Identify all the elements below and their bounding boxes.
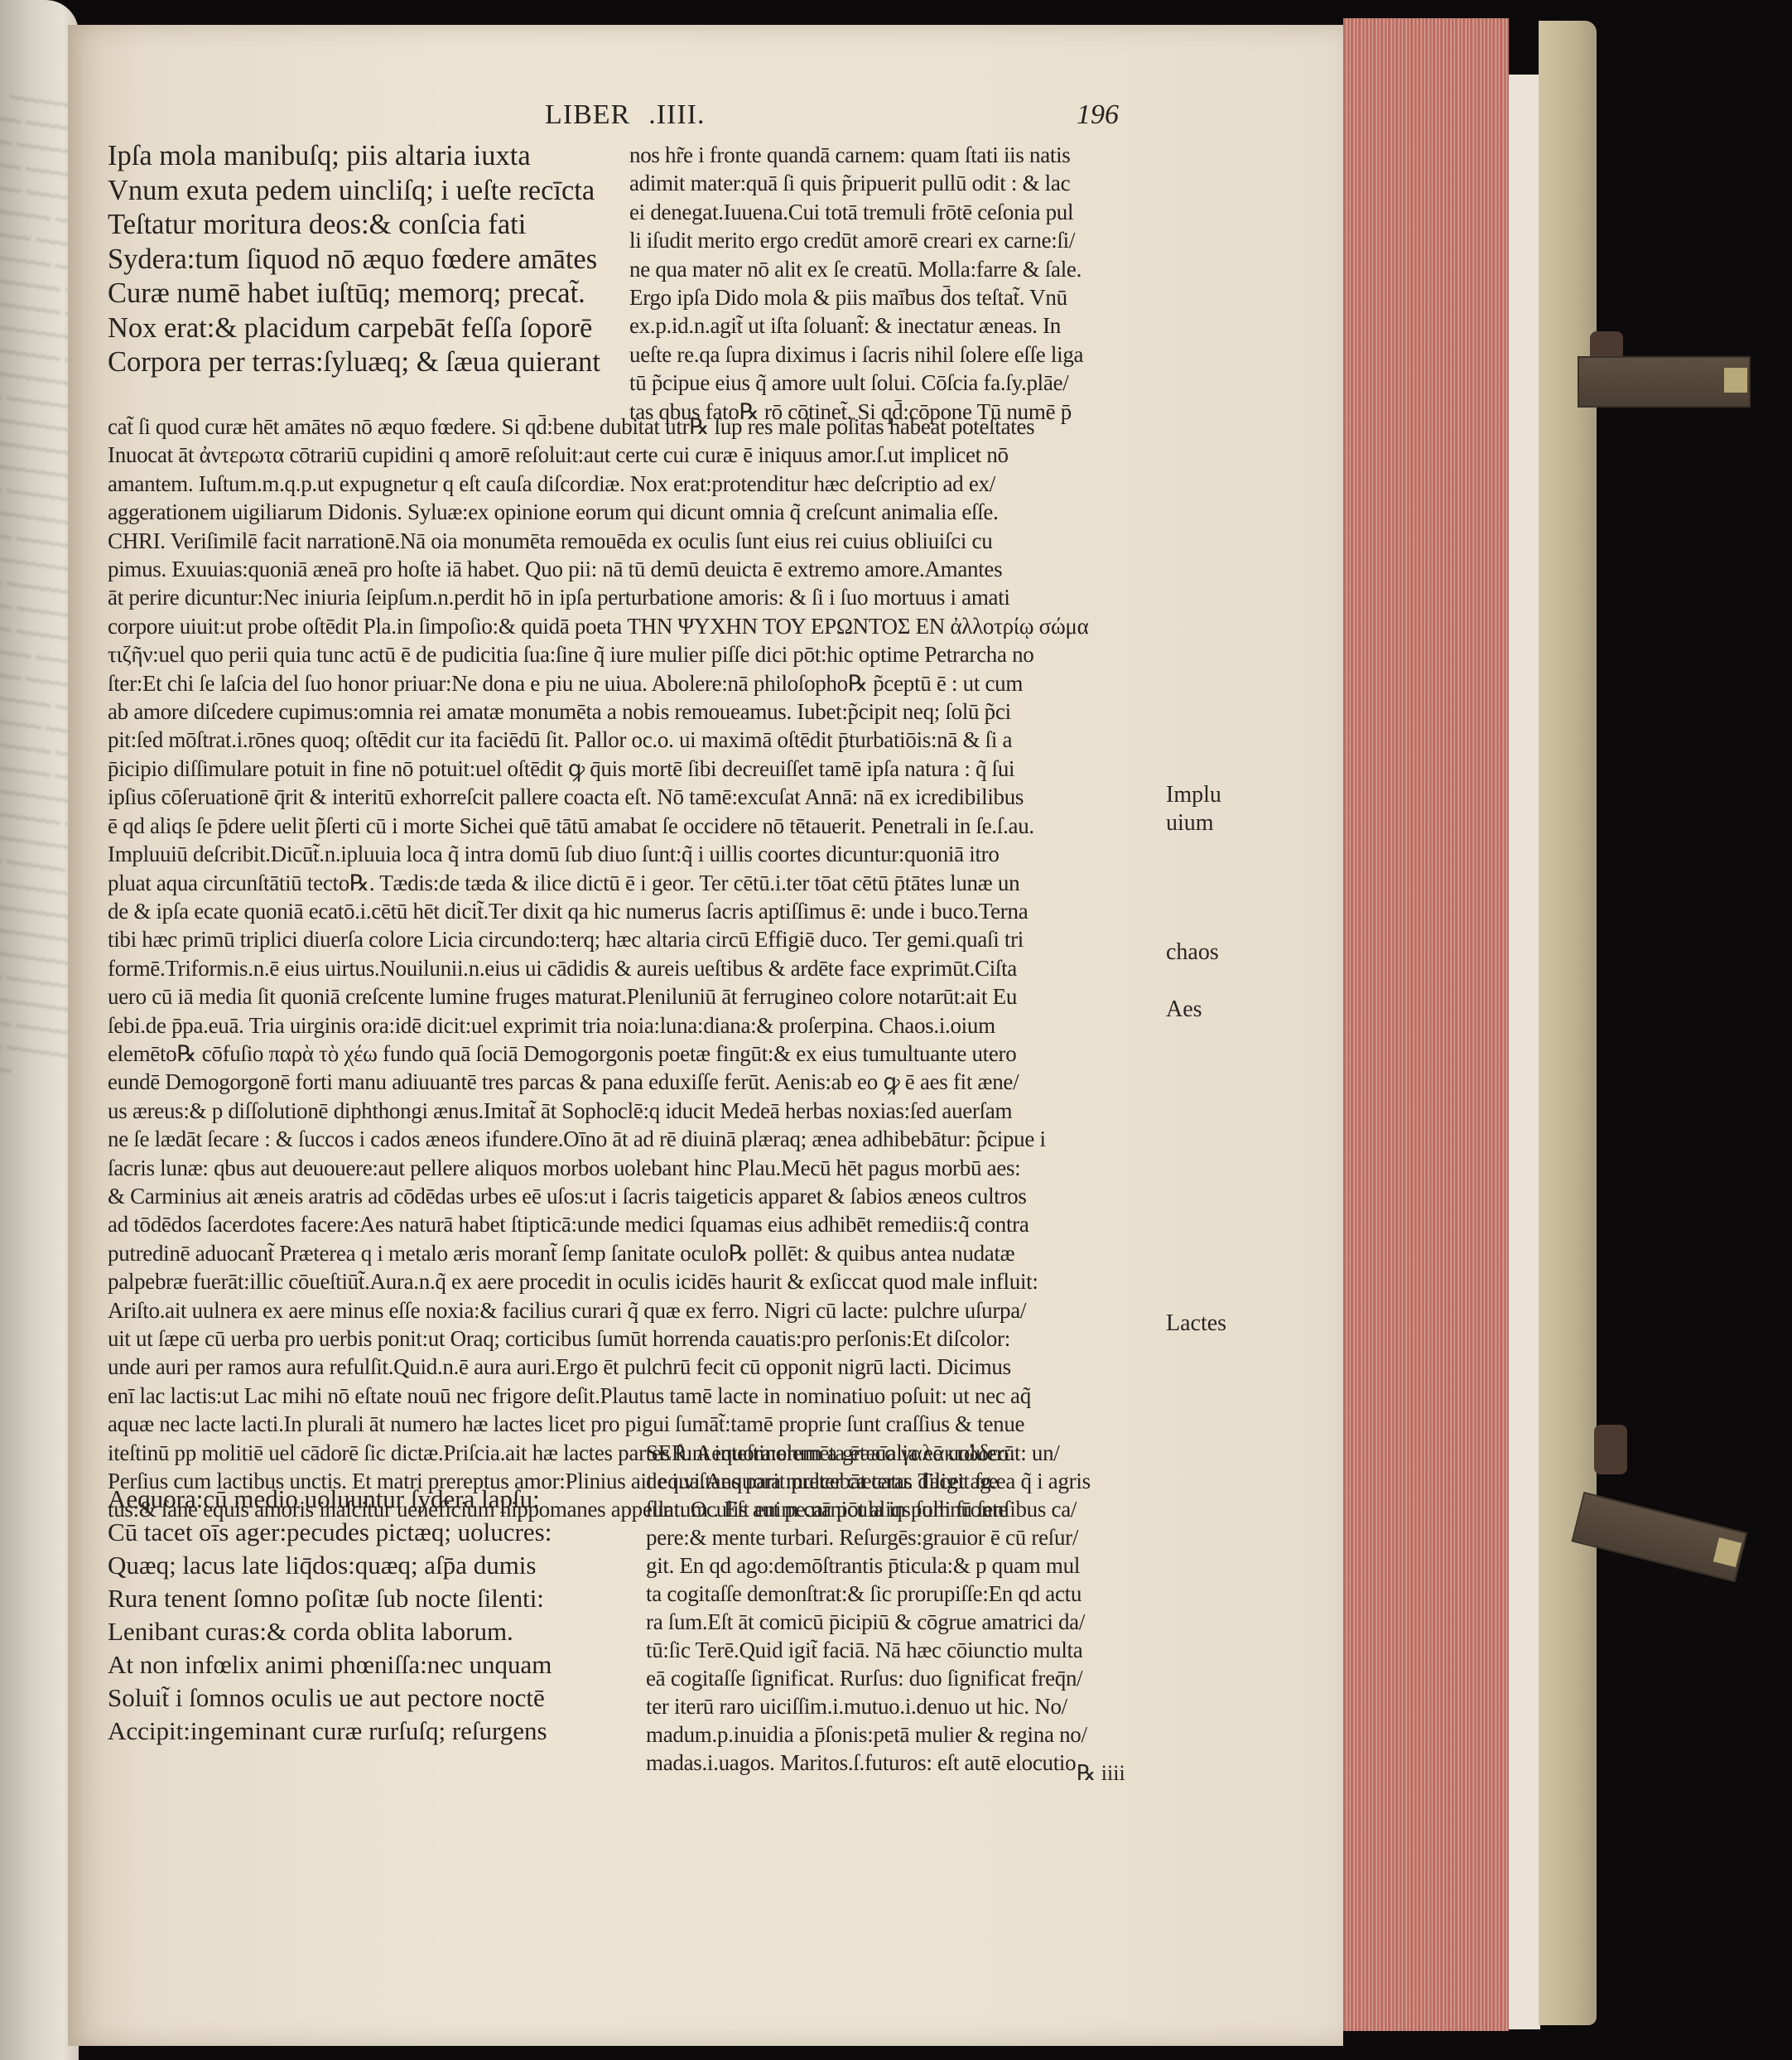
verse-line: Rura tenent ſomno poſitæ ſub nocte ſilen… [108,1582,552,1615]
marginal-note-impluvium-2: uium [1166,810,1214,837]
commentary-line: de i.vi.Aequora mulcebāt catu. Tacet ag.… [646,1467,1192,1495]
commentary-line: pluat aqua circunſtātiū tecto℞. Tædis:de… [108,869,1188,897]
verse-line: Cū tacet oīs ager:pecudes pictæq; uolucr… [108,1516,552,1549]
running-title: LIBER [545,99,630,130]
verse-line: Nox erat:& placidum carpebāt feſſa ſopor… [108,311,600,346]
commentary-line: adimit mater:quā ſi quis p̃ripuerit pull… [629,169,1209,197]
commentary-line: li iſudit merito ergo credūt amorē crear… [629,226,1209,254]
verse-line: Vnum exuta pedem uincliſq; i ueſte recīc… [108,174,600,209]
commentary-line: ſter:Et chi ſe laſcia del ſuo honor priu… [108,669,1188,697]
verse-line: Curæ numē habet iuſtūq; memorq; precat̃. [108,277,600,311]
commentary-line: Inuocat āt ἀντερωτα cōtrariū cupidini q … [108,441,1188,469]
verse-line: Quæq; lacus late liq̄dos:quæq; aſp̄a dum… [108,1549,552,1582]
verse-line: Lenibant curas:& corda oblita laborum. [108,1615,552,1648]
commentary-line: ē qd aliqs ſe p̄dere uelit p̃ſerti cū i … [108,812,1188,840]
commentary-line: Ariſto.ait uulnera ex aere minus eſſe no… [108,1296,1188,1324]
marginal-note-chaos: chaos [1166,939,1219,966]
commentary-line: p̄icipio diſſimulare potuit in fine nō p… [108,755,1188,783]
commentary-full-width: cat̃ ſi quod curæ hēt amātes nō æquo fœd… [108,412,1188,1524]
commentary-line: ſacris lunæ: qbus aut deuouere:aut pelle… [108,1154,1188,1182]
verse-block-top: Ipſa mola manibuſq; piis altaria iuxta V… [108,139,600,380]
commentary-line: ne qua mater nō alit ex ſe creatū. Molla… [629,255,1209,283]
marginal-note-impluvium-1: Implu [1166,782,1221,808]
commentary-line: ſunt. Oculis aut pe.nā pōt aliqs ſomnū ſ… [646,1495,1192,1523]
clasp-bottom-tip [1713,1537,1741,1567]
verse-line: Accipit:ingeminant curæ rurſuſq; reſurge… [108,1715,552,1748]
commentary-line: ex.p.id.n.agit̃ ut iſta ſoluant̃: & inec… [629,311,1209,340]
commentary-line: ſebi.de p̄pa.euā. Tria uirginis ora:idē … [108,1011,1188,1040]
verse-line: Teſtatur moritura deos:& conſcia fati [108,208,600,243]
commentary-line: ta cogitaſſe demonſtrat:& ſic prorupiſſe… [646,1580,1192,1608]
signature-mark: ℞ iiii [1077,1761,1125,1786]
commentary-line: unde auri per ramos aura refulſit.Quid.n… [108,1353,1188,1381]
commentary-line: tū:ſic Terē.Quid igit̃ faciā. Nā hæc cōi… [646,1636,1192,1664]
facing-left-page: ~~~~~~~~~~ ~~~~~~~ ~~~~~~~~~ ~~~~~~~~ ~~… [0,0,79,2060]
commentary-line: putredinē aduocant̃ Præterea q i metalo … [108,1239,1188,1267]
commentary-line: tibi hæc primū triplici diuerſa colore L… [108,925,1188,953]
commentary-line: palpebræ fuerāt:illic cōueſtiūt̃.Aura.n.… [108,1267,1188,1295]
endpaper-edge [1509,75,1540,2029]
verse-line: Aequora:cū medio uoluuntur ſydera lapſu: [108,1483,552,1516]
clasp-top [1578,356,1751,408]
commentary-line: ipſius cōſeruationē q̄rit & interitū exh… [108,783,1188,811]
commentary-line: CHRI. Veriſimilē facit narrationē.Nā oia… [108,527,1188,555]
commentary-right-bottom: SER. Aequora:elemēta ēt aīalia eē uoluer… [646,1439,1192,1777]
commentary-line: ab amore diſcedere cupimus:omnia rei ama… [108,697,1188,726]
commentary-line: tū p̃cipue eius q̃ amore uult ſolui. Cōſ… [629,369,1209,397]
commentary-line: eā cogitaſſe ſignificat. Rurſus: duo ſig… [646,1664,1192,1692]
clasp-bottom [1572,1492,1748,1583]
commentary-line: & Carminius ait æneis aratris ad cōdēdas… [108,1182,1188,1210]
commentary-line: elemēto℞ cōfuſio παρὰ τὸ χέω fundo quā ſ… [108,1040,1188,1068]
commentary-right-top: nos hr̃e i fronte quandā carnem: quam ſt… [629,141,1209,426]
commentary-line: amantem. Iuſtum.m.q.p.ut expugnetur q eſ… [108,470,1188,498]
commentary-line: aggerationem uigiliarum Didonis. Syluæ:e… [108,498,1188,526]
commentary-line: uero cū iā media ſit quoniā creſcente lu… [108,982,1188,1011]
folio-number: 196 [1077,99,1119,131]
clasp-anchor-bottom [1594,1425,1627,1474]
vellum-binding [1539,21,1597,2025]
marginal-note-lactes: Lactes [1166,1310,1226,1337]
verse-line: Ipſa mola manibuſq; piis altaria iuxta [108,139,600,174]
running-head: LIBER.IIII. [545,99,724,131]
commentary-line: ne ſe lædāt ſecare : & ſuccos i cados æn… [108,1125,1188,1153]
commentary-line: pit:ſed mōſtrat.i.rōnes quoq; oſtēdit cu… [108,726,1188,754]
commentary-line: Ergo ipſa Dido mola & piis maībus d̄os t… [629,283,1209,311]
commentary-line: uit ut ſæpe cū uerba pro uerbis ponit:ut… [108,1324,1188,1353]
commentary-line: de & ipſa ecate quoniā ecatō.i.cētū hēt … [108,897,1188,925]
commentary-line: madum.p.inuidia a p̄ſonis:petā mulier & … [646,1720,1192,1749]
verse-block-bottom: Aequora:cū medio uoluuntur ſydera lapſu:… [108,1483,552,1748]
commentary-line: SER. Aequora:elemēta ēt aīalia eē uoluer… [646,1439,1192,1467]
verse-line: Corpora per terras:ſyluæq; & ſæua quiera… [108,345,600,380]
commentary-line: git. En qd ago:demōſtrantis p̄ticula:& p… [646,1551,1192,1580]
commentary-line: enī lac lactis:ut Lac mihi nō eſtate nou… [108,1382,1188,1410]
red-stained-page-edges [1343,18,1509,2031]
commentary-line: eundē Demogorgonē forti manu adiuuantē t… [108,1068,1188,1096]
commentary-line: nos hr̃e i fronte quandā carnem: quam ſt… [629,141,1209,169]
commentary-line: formē.Triformis.n.ē eius uirtus.Nouiluni… [108,954,1188,982]
commentary-line: ter iterū raro uiciſſim.i.mutuo.i.denuo … [646,1692,1192,1720]
commentary-line: ueſte re.qa ſupra diximus i ſacris nihil… [629,340,1209,369]
book-number: .IIII. [648,99,705,130]
verse-line: At non infœlix animi phœniſſa:nec unquam [108,1648,552,1681]
clasp-top-tip [1724,368,1747,393]
commentary-line: āt perire dicuntur:Nec iniuria ſeipſum.n… [108,583,1188,611]
marginal-note-aes: Aes [1166,996,1202,1023]
verse-line: Soluit̃ i ſomnos oculis ue aut pectore n… [108,1681,552,1715]
commentary-line: pere:& mente turbari. Reſurgēs:grauior ē… [646,1523,1192,1551]
commentary-line: us æreus:& p diſſolutionē diphthongi ænu… [108,1097,1188,1125]
commentary-line: τιζῆν:uel quo perii quia tunc actū ē de … [108,640,1188,668]
commentary-line: Impluuiū deſcribit.Dicūt̃.n.ipluuia loca… [108,840,1188,868]
commentary-line: ad tōdēdos ſacerdotes facere:Aes naturā … [108,1210,1188,1238]
left-page-blurred-text: ~~~~~~~~~~ ~~~~~~~ ~~~~~~~~~ ~~~~~~~~ ~~… [0,60,79,1116]
commentary-line: aquæ nec lacte lacti.In plurali āt numer… [108,1410,1188,1438]
commentary-line: corpore uiuit:ut probe oſtēdit Pla.in ſi… [108,612,1188,640]
commentary-line: cat̃ ſi quod curæ hēt amātes nō æquo fœd… [108,412,1188,441]
verse-line: Sydera:tum ſiquod nō æquo fœdere amātes [108,243,600,277]
commentary-line: ra ſum.Eſt āt comicū p̄icipiū & cōgrue a… [646,1608,1192,1636]
commentary-line: ei denegat.Iuuena.Cui totā tremuli frōtē… [629,198,1209,226]
commentary-line: pimus. Exuuias:quoniā æneā pro hoſte iā … [108,555,1188,583]
